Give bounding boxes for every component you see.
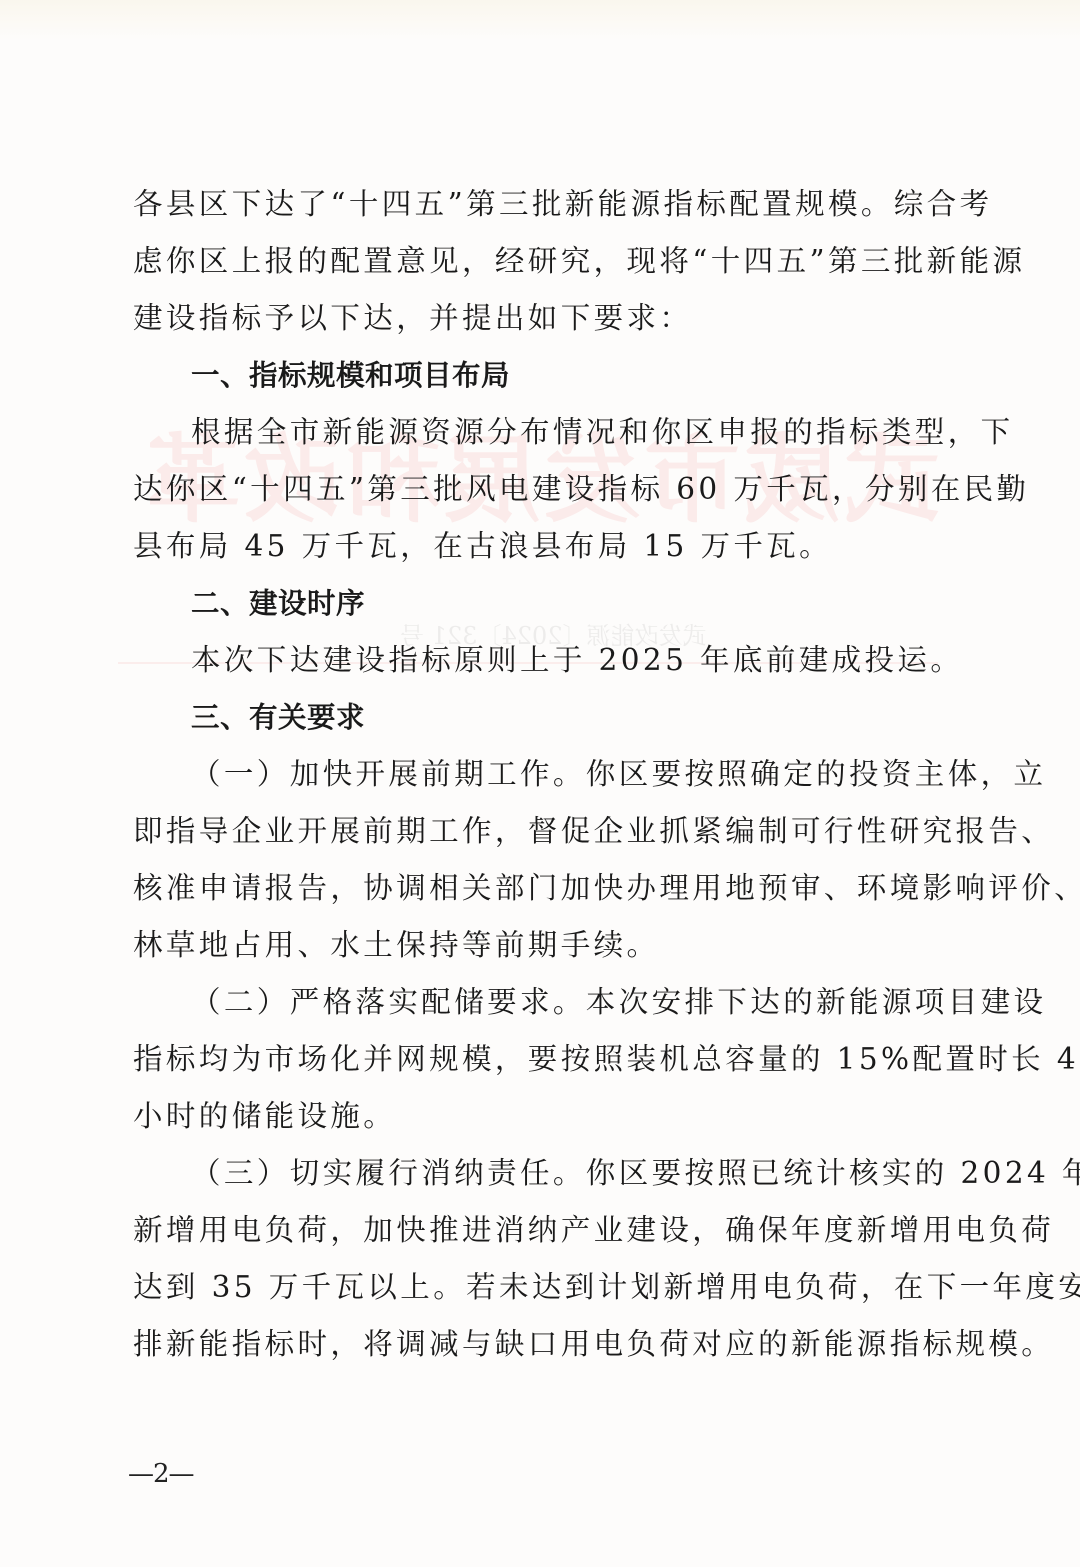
- text-line: 小时的储能设施。: [133, 1088, 938, 1145]
- paragraph-requirement-2: （二）严格落实配储要求。本次安排下达的新能源项目建设 指标均为市场化并网规模，要…: [133, 974, 938, 1145]
- text-line: 指标均为市场化并网规模，要按照装机总容量的 15%配置时长 4: [133, 1031, 938, 1088]
- text-line: 核准申请报告，协调相关部门加快办理用地预审、环境影响评价、: [133, 860, 938, 917]
- text-line: （三）切实履行消纳责任。你区要按照已统计核实的 2024 年: [133, 1145, 938, 1202]
- section-heading-2: 二、建设时序: [133, 575, 938, 632]
- paragraph-scale-layout: 根据全市新能源资源分布情况和你区申报的指标类型，下 达你区“十四五”第三批风电建…: [133, 404, 938, 575]
- paragraph-requirement-1: （一）加快开展前期工作。你区要按照确定的投资主体，立 即指导企业开展前期工作，督…: [133, 746, 938, 974]
- text-line: （二）严格落实配储要求。本次安排下达的新能源项目建设: [133, 974, 938, 1031]
- paragraph-requirement-3: （三）切实履行消纳责任。你区要按照已统计核实的 2024 年 新增用电负荷，加快…: [133, 1145, 938, 1373]
- text-line: 根据全市新能源资源分布情况和你区申报的指标类型，下: [133, 404, 938, 461]
- text-line: 建设指标予以下达，并提出如下要求：: [133, 290, 938, 347]
- text-line: （一）加快开展前期工作。你区要按照确定的投资主体，立: [133, 746, 938, 803]
- text-line: 排新能指标时，将调减与缺口用电负荷对应的新能源指标规模。: [133, 1316, 938, 1373]
- paragraph-schedule: 本次下达建设指标原则上于 2025 年底前建成投运。: [133, 632, 938, 689]
- text-line: 县布局 45 万千瓦，在古浪县布局 15 万千瓦。: [133, 518, 938, 575]
- paragraph-intro: 各县区下达了“十四五”第三批新能源指标配置规模。综合考 虑你区上报的配置意见，经…: [133, 176, 938, 347]
- document-body: 各县区下达了“十四五”第三批新能源指标配置规模。综合考 虑你区上报的配置意见，经…: [133, 176, 938, 1373]
- section-heading-1: 一、指标规模和项目布局: [133, 347, 938, 404]
- document-page: 武威市发展和改革委员会文件 武发改能源〔2024〕321 号 各县区下达了“十四…: [0, 0, 1080, 1567]
- text-line: 即指导企业开展前期工作，督促企业抓紧编制可行性研究报告、: [133, 803, 938, 860]
- text-line: 达到 35 万千瓦以上。若未达到计划新增用电负荷，在下一年度安: [133, 1259, 938, 1316]
- page-number: —2—: [128, 1456, 194, 1492]
- text-line: 各县区下达了“十四五”第三批新能源指标配置规模。综合考: [133, 176, 938, 233]
- text-line: 新增用电负荷，加快推进消纳产业建设，确保年度新增用电负荷: [133, 1202, 938, 1259]
- text-line: 达你区“十四五”第三批风电建设指标 60 万千瓦，分别在民勤: [133, 461, 938, 518]
- text-line: 虑你区上报的配置意见，经研究，现将“十四五”第三批新能源: [133, 233, 938, 290]
- section-heading-3: 三、有关要求: [133, 689, 938, 746]
- text-line: 林草地占用、水土保持等前期手续。: [133, 917, 938, 974]
- text-line: 本次下达建设指标原则上于 2025 年底前建成投运。: [133, 632, 938, 689]
